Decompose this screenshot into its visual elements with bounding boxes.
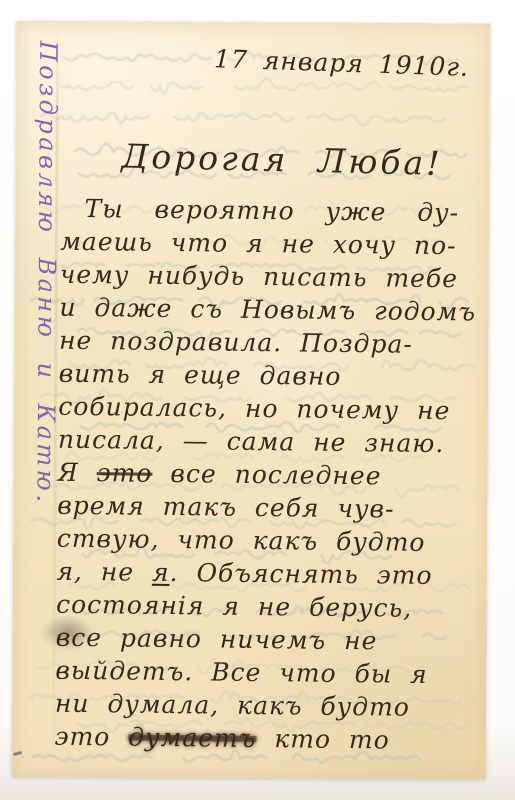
letter-line: маешь что я не хочу по- [60, 225, 484, 263]
bleed-through-line [60, 78, 467, 96]
letter-line: чему нибудь писать тебе [60, 258, 484, 296]
letter-line: и даже съ Новымъ годомъ [59, 291, 483, 329]
bleed-through-line [41, 112, 445, 126]
letter-scan: 17 января 1910г. Дорогая Люба! Поздравля… [0, 0, 515, 800]
letter-line: Ты вероятно уже ду- [60, 192, 484, 230]
letter-paper: 17 января 1910г. Дорогая Люба! Поздравля… [12, 21, 491, 780]
smudged-word: думаетъ [128, 723, 256, 753]
struck-out-word: это [97, 458, 153, 488]
letter-line: это думаетъ кто то [54, 720, 478, 758]
letter-line: ствую, что какъ будто [57, 522, 481, 560]
letter-line: выйдетъ. Все что бы я [55, 654, 479, 692]
underlined-word: я [152, 558, 170, 587]
letter-line: время такъ себя чув- [57, 489, 481, 527]
letter-line: ни думала, какъ будто [55, 687, 479, 725]
letter-line: состоянія я не берусь, [56, 588, 480, 626]
letter-body: Ты вероятно уже ду-маешь что я не хочу п… [54, 192, 484, 758]
letter-line: я, не я. Объяснять это [56, 555, 480, 593]
letter-line: Я это все последнее [57, 456, 481, 494]
letter-line: не поздравила. Поздра- [59, 324, 483, 362]
letter-line: писала, — сама не знаю. [58, 423, 482, 461]
letter-line: вить я еще давно [58, 357, 482, 395]
letter-line: все равно ничемъ не [55, 621, 479, 659]
letter-line: собиралась, но почему не [58, 390, 482, 428]
salutation: Дорогая Люба! [121, 136, 443, 183]
